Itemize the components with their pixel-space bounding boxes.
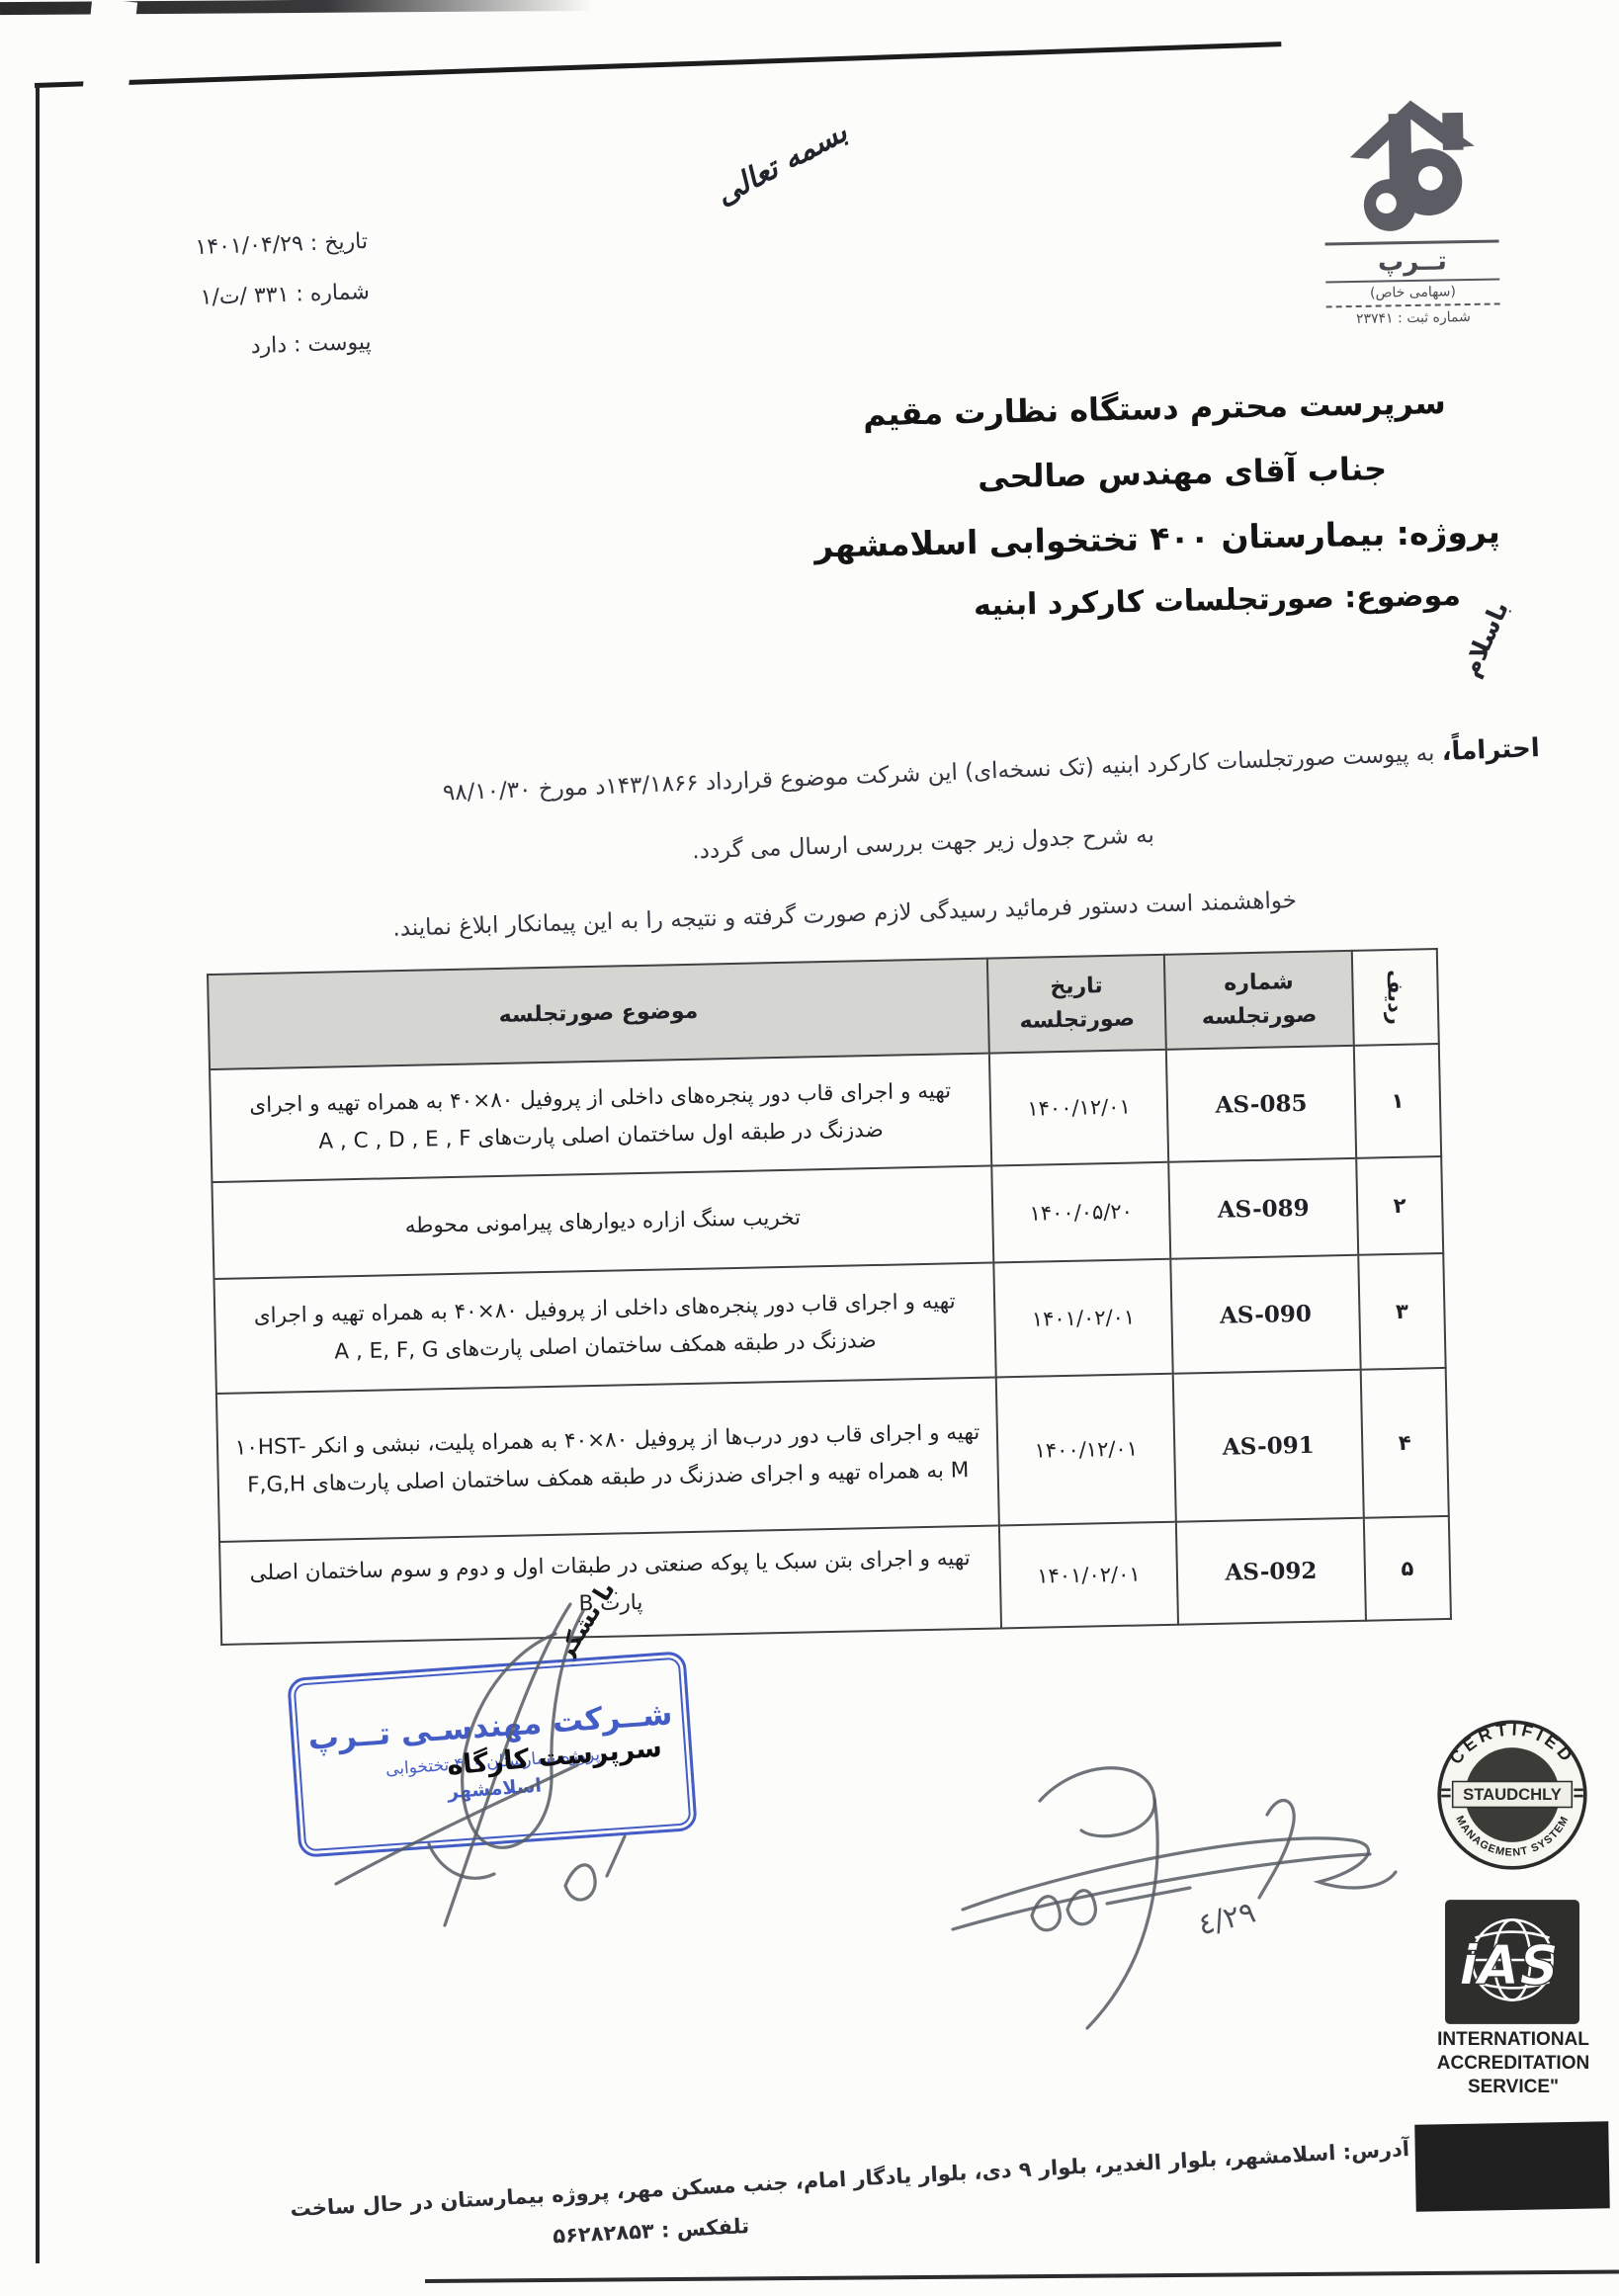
company-logo-icon — [1330, 94, 1491, 240]
letter-meta: تاریخ : ۱۴۰۱/۰۴/۲۹ شماره : ۳۳۱ /ت/۱ پیوس… — [196, 229, 374, 386]
body-line-1: احتراماً، به پیوست صورتجلسات کارکرد ابنی… — [443, 733, 1541, 808]
footer-address: آدرس: اسلامشهر، بلوار الغدیر، بلوار ۹ دی… — [290, 2137, 1410, 2221]
subject-line: موضوع: صورتجلسات کارکرد ابنیه — [974, 578, 1461, 623]
header-subject: موضوع صورتجلسه — [208, 959, 989, 1070]
letter-number: شماره : ۳۳۱ /ت/۱ — [197, 280, 370, 310]
handwritten-signature-main — [941, 1724, 1406, 2050]
scan-torn-corner — [82, 0, 137, 101]
logo-divider — [1325, 278, 1499, 283]
letter-date: تاریخ : ۱۴۰۱/۰۴/۲۹ — [196, 229, 369, 260]
body-line-3: خواهشمند است دستور فرمائید رسیدگی لازم ص… — [392, 888, 1297, 942]
minutes-table: ردیف شمارهصورتجلسه تاریخصورتجلسه موضوع ص… — [207, 948, 1452, 1646]
scan-bottom-edge-line — [425, 2270, 1619, 2283]
company-letterhead: تــرپ (سهامی خاص) شماره ثبت : ۲۳۷۴۱ — [1321, 93, 1502, 327]
recipient-name: جناب آقای مهندس صالحی — [978, 450, 1388, 496]
scan-edge-smudge — [0, 0, 593, 15]
certified-badge-icon: CERTIFIED MANAGEMENT SYSTEM STAUDCHLY — [1435, 1718, 1589, 1872]
svg-text:STAUDCHLY: STAUDCHLY — [1463, 1785, 1562, 1804]
recipient-title: سرپرست محترم دستگاه نظارت مقیم — [863, 383, 1446, 433]
greeting-word: احتراماً، — [1441, 733, 1540, 767]
logo-dashed-divider — [1326, 302, 1500, 307]
svg-text:iAS: iAS — [1459, 1933, 1559, 1997]
project-line: پروژه: بیمارستان ۴۰۰ تختخوابی اسلامشهر — [814, 512, 1500, 565]
scan-top-edge-line — [35, 42, 1281, 88]
scan-left-edge-line — [36, 85, 40, 2263]
logo-registration-number: شماره ثبت : ۲۳۷۴۱ — [1324, 308, 1502, 327]
footer-telefax: تلفکس : ۵۶۲۸۲۸۵۳ — [553, 2214, 750, 2248]
scanned-letter-page: تــرپ (سهامی خاص) شماره ثبت : ۲۳۷۴۱ بسمه… — [0, 0, 1619, 2296]
header-number: شمارهصورتجلسه — [1164, 951, 1354, 1050]
minutes-table-wrap: ردیف شمارهصورتجلسه تاریخصورتجلسه موضوع ص… — [207, 948, 1452, 1646]
header-date: تاریخصورتجلسه — [987, 955, 1166, 1054]
body-line-2: به شرح جدول زیر جهت بررسی ارسال می گردد. — [692, 822, 1154, 864]
ias-badge-icon: iAS — [1445, 1900, 1579, 2024]
bismillah-calligraphy: بسمه تعالی — [710, 115, 853, 213]
scan-black-box — [1414, 2121, 1610, 2211]
letter-attachment: پیوست : دارد — [199, 330, 372, 361]
header-row-no: ردیف — [1352, 949, 1439, 1046]
logo-company-name: تــرپ — [1323, 245, 1501, 278]
salutation: باسلام — [1456, 597, 1514, 681]
ias-caption: INTERNATIONAL ACCREDITATION SERVICE" — [1421, 2028, 1605, 2098]
logo-divider — [1325, 239, 1499, 245]
logo-company-type: (سهامی خاص) — [1323, 283, 1501, 301]
table-row: ۴ AS-091 ۱۴۰۰/۱۲/۰۱ تهیه و اجرای قاب دور… — [216, 1368, 1449, 1542]
